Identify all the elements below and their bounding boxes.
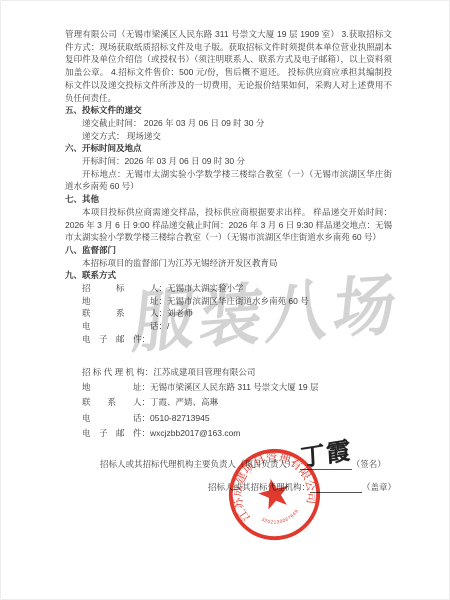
agency-row: 联 系 人：丁霞、严婧、高琳 xyxy=(82,395,402,410)
signature-line2-suffix: （盖章） xyxy=(362,482,396,492)
tenderer-phone-label: 电 话： xyxy=(82,321,167,331)
supervision-body: 本招标项目的监督部门为江苏无锡经济开发区教育局 xyxy=(65,257,392,270)
document-body: 管理有限公司（无锡市梁溪区人民东路 311 号崇文大厦 19 层 1909 室）… xyxy=(65,28,392,346)
agency-block: 招 标 代 理 机 构：江苏成建项目管理有限公司 地 址：无锡市梁溪区人民东路 … xyxy=(82,365,402,441)
tenderer-contact-label: 联 系 人： xyxy=(82,308,167,318)
signature-line1-label: 招标人或其招标代理机构主要负责人（项目负责人）： xyxy=(100,459,300,469)
agency-email-value: wxcjzbb2017@163.com xyxy=(150,428,240,438)
tenderer-row: 地 址：无锡市滨湖区华庄街道水乡南苑 60 号 xyxy=(65,295,392,308)
tenderer-name-label: 招 标 人： xyxy=(82,283,167,293)
tenderer-phone-value: / xyxy=(167,321,169,331)
agency-row: 招 标 代 理 机 构：江苏成建项目管理有限公司 xyxy=(82,365,402,380)
signature-line2-label: 招标人或其招标代理机构： xyxy=(208,482,310,492)
tenderer-name-value: 无锡市太湖实验小学 xyxy=(167,283,244,293)
agency-phone-label: 电 话： xyxy=(82,413,150,423)
submission-deadline-line: 递交截止时间： 2026 年 03 月 06 日 09 时 30 分 xyxy=(65,117,392,130)
submission-method-line: 递交方式： 现场递交 xyxy=(65,130,392,143)
continuation-paragraph: 管理有限公司（无锡市梁溪区人民东路 311 号崇文大厦 19 层 1909 室）… xyxy=(65,28,392,104)
tenderer-address-value: 无锡市滨湖区华庄街道水乡南苑 60 号 xyxy=(167,296,309,306)
bid-opening-place-line: 开标地点：无锡市太湖实验小学数学楼三楼综合教室（一）（无锡市滨湖区华庄街道水乡南… xyxy=(65,168,392,193)
agency-name-value: 江苏成建项目管理有限公司 xyxy=(153,367,255,377)
bid-opening-time-line: 开标时间：2026 年 03 月 06 日 09 时 30 分 xyxy=(65,155,392,168)
signature-line1-suffix: （签名） xyxy=(352,459,386,469)
seal-underline xyxy=(310,483,362,493)
tenderer-row: 联 系 人：刘老师 xyxy=(65,307,392,320)
agency-contact-label: 联 系 人： xyxy=(82,397,150,407)
section-heading-other: 七、其他 xyxy=(65,193,392,206)
tenderer-email-label: 电 子 邮 件： xyxy=(82,334,150,344)
tenderer-row: 电 子 邮 件： xyxy=(65,333,392,346)
agency-row: 电 话：0510-82713945 xyxy=(82,411,402,426)
agency-contact-value: 丁霞、严婧、高琳 xyxy=(150,397,218,407)
agency-email-label: 电 子 邮 件： xyxy=(82,428,150,438)
tender-document-page: 管理有限公司（无锡市梁溪区人民东路 311 号崇文大厦 19 层 1909 室）… xyxy=(0,0,450,600)
tenderer-row: 电 话：/ xyxy=(65,320,392,333)
tenderer-address-label: 地 址： xyxy=(82,296,167,306)
signature-line-agency-seal: 招标人或其招标代理机构：（盖章） xyxy=(208,481,396,493)
agency-name-label: 招 标 代 理 机 构： xyxy=(82,367,153,377)
seal-number-text: 3202130067649 xyxy=(259,508,302,530)
tenderer-contact-value: 刘老师 xyxy=(167,308,193,318)
agency-phone-value: 0510-82713945 xyxy=(150,413,210,423)
other-body: 本项目投标供应商需递交样品，投标供应商根据要求出样。 样品递交开始时间：2026… xyxy=(65,206,392,244)
agency-row: 电 子 邮 件：wxcjzbb2017@163.com xyxy=(82,426,402,441)
section-heading-bid-opening: 六、开标时间及地点 xyxy=(65,142,392,155)
agency-row: 地 址：无锡市梁溪区人民东路 311 号崇文大厦 19 层 xyxy=(82,380,402,395)
section-heading-contact: 九、联系方式 xyxy=(65,269,392,282)
agency-address-label: 地 址： xyxy=(82,382,150,392)
section-heading-submission: 五、投标文件的递交 xyxy=(65,104,392,117)
tenderer-row: 招 标 人：无锡市太湖实验小学 xyxy=(65,282,392,295)
section-heading-supervision: 八、监督部门 xyxy=(65,244,392,257)
agency-address-value: 无锡市梁溪区人民东路 311 号崇文大厦 19 层 xyxy=(150,382,318,392)
